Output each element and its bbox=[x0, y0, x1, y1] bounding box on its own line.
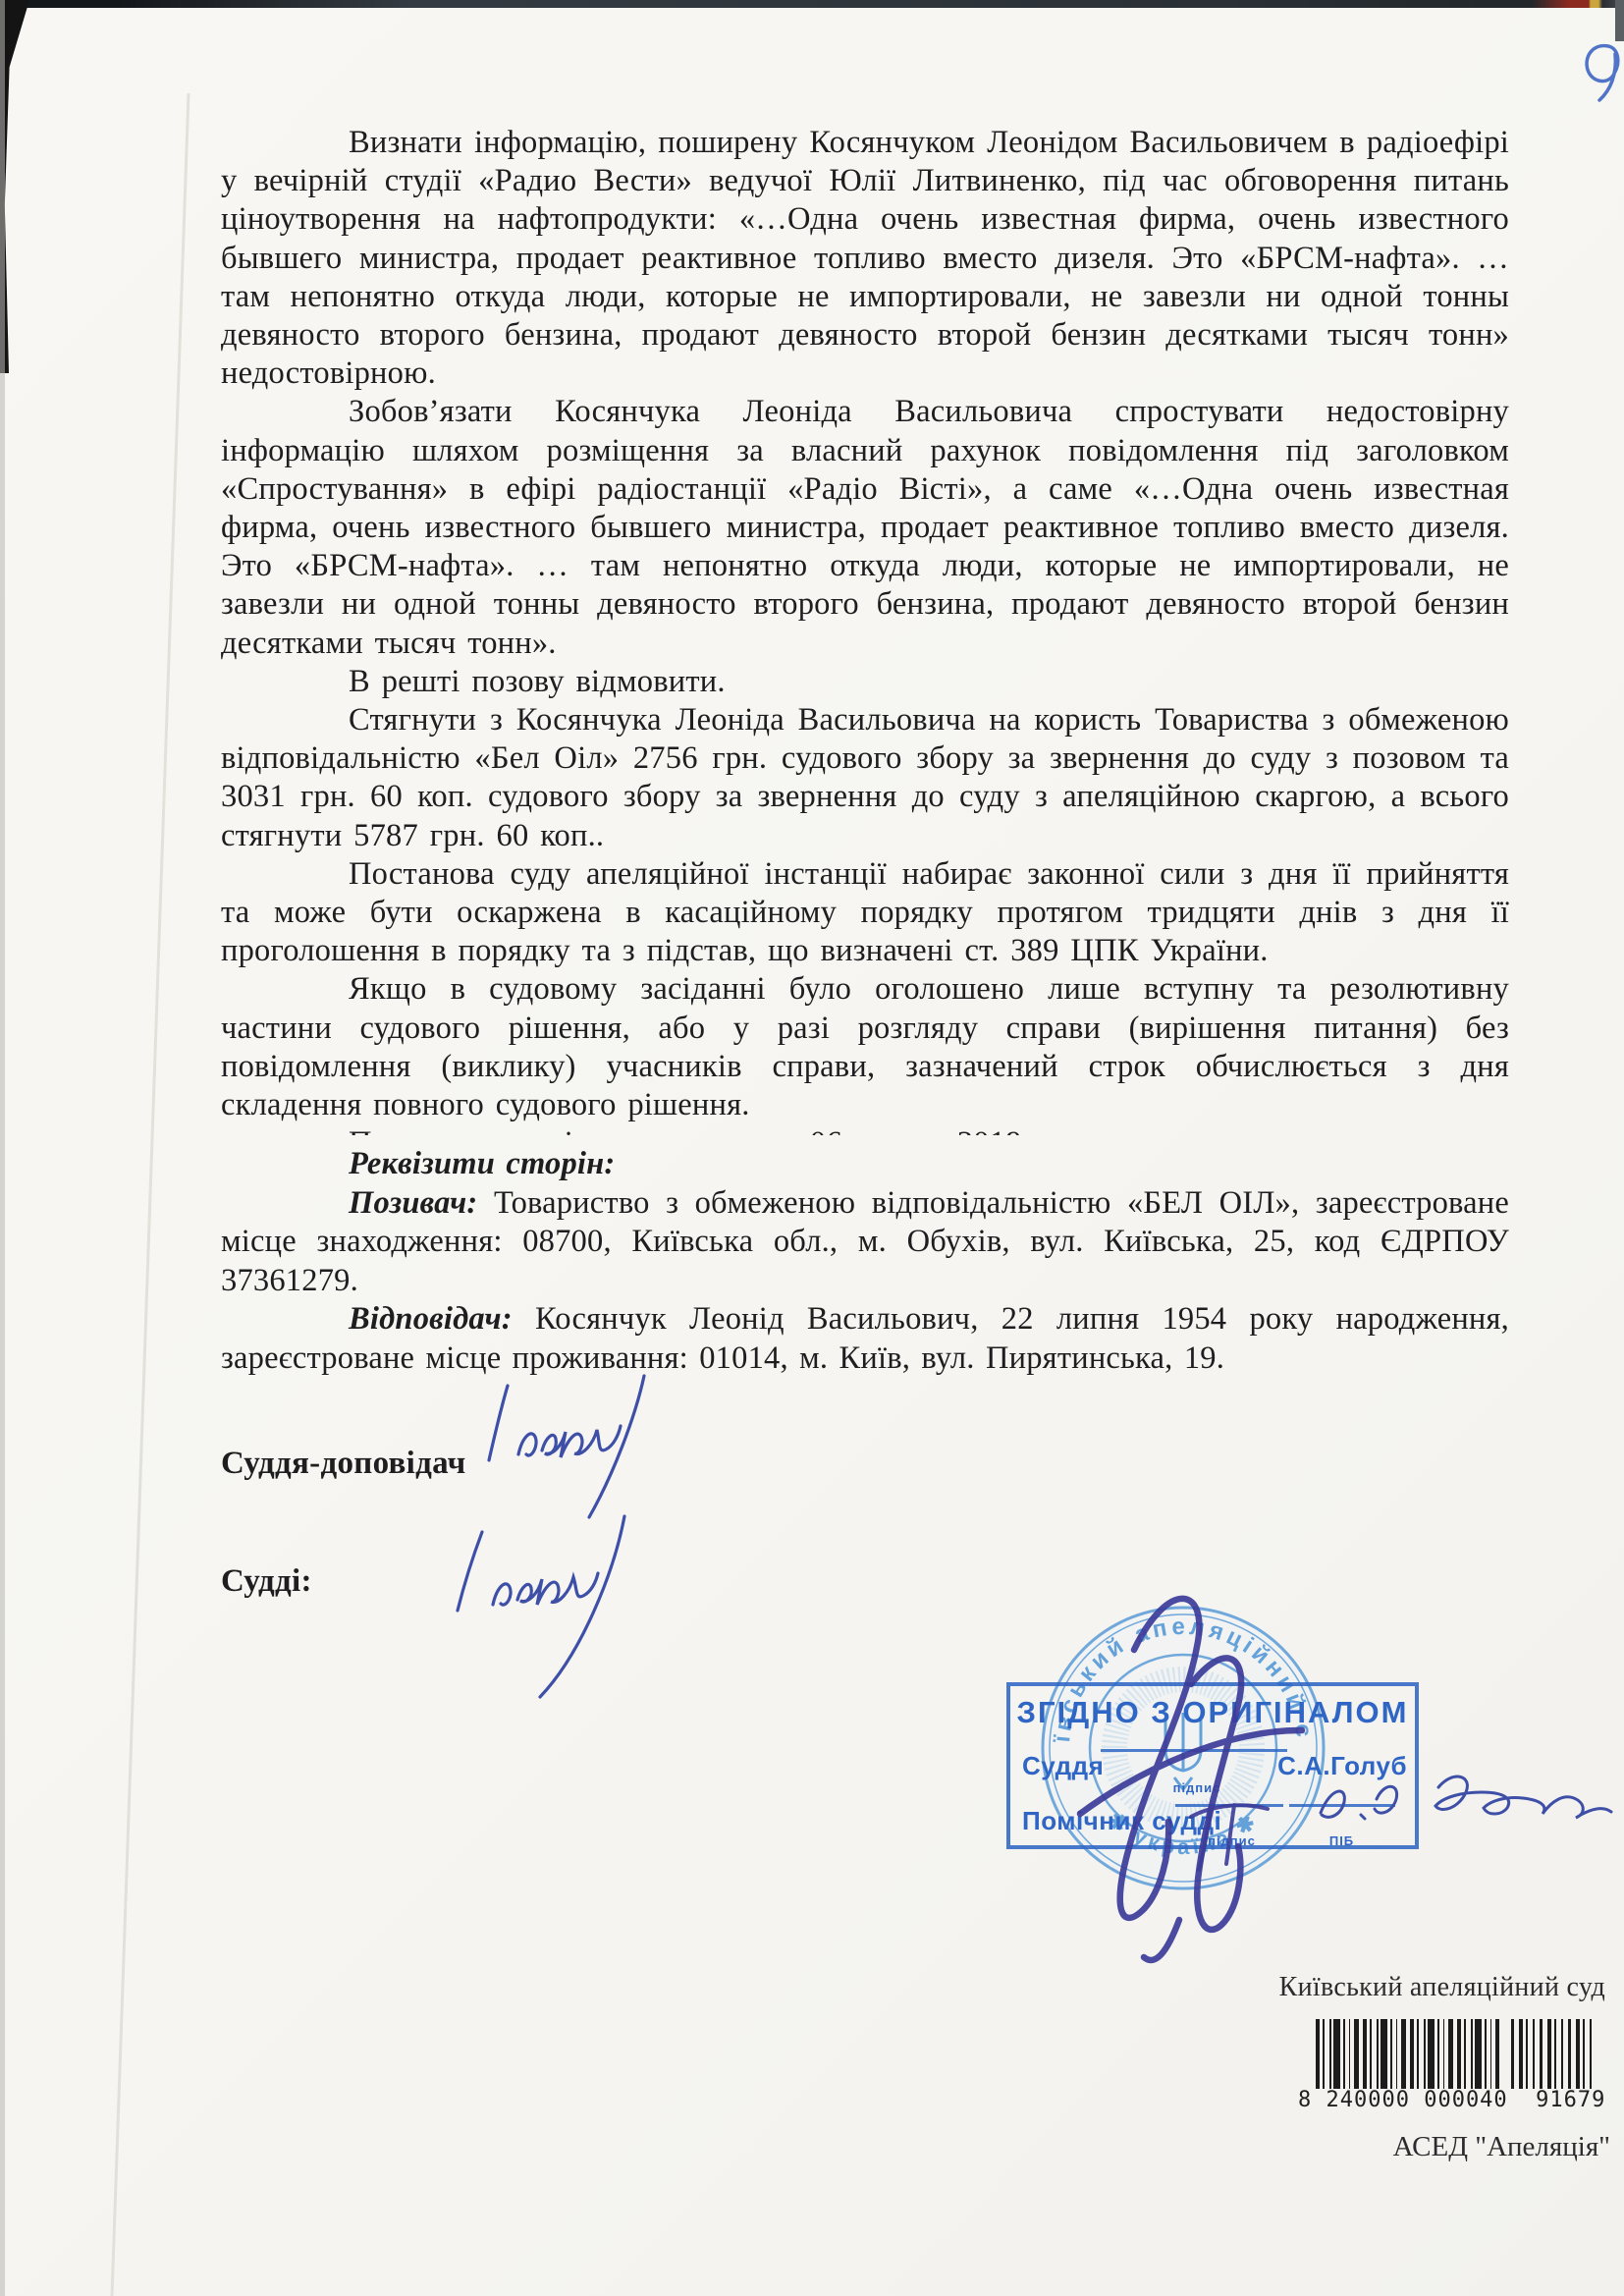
handwritten-page-number: 9 bbox=[1579, 37, 1624, 106]
judge-reporter-label: Суддя-доповідач bbox=[221, 1446, 466, 1482]
assistant-ink-signature bbox=[1173, 1789, 1281, 1878]
judges-label: Судді: bbox=[221, 1563, 312, 1600]
barcode-digits: 8 240000 000040 91679 bbox=[1298, 2088, 1604, 2112]
paragraph-entry-into-force: Постанова суду апеляційної інстанції наб… bbox=[221, 855, 1509, 971]
plaintiff-label: Позивач: bbox=[349, 1185, 477, 1221]
barcode-addon bbox=[1511, 2019, 1595, 2089]
footer-court-name: Київський апеляційний суд bbox=[1267, 1972, 1605, 2003]
defendant-label: Відповідач: bbox=[349, 1301, 513, 1337]
paragraph-term-calculation: Якщо в судовому засіданні було оголошено… bbox=[221, 970, 1509, 1124]
requisites-heading: Реквізити сторін: bbox=[221, 1145, 1509, 1184]
barcode bbox=[1316, 2019, 1499, 2089]
requisites-block: Реквізити сторін: Позивач: Товариство з … bbox=[221, 1145, 1509, 1378]
assistant-handwritten-name bbox=[1306, 1756, 1620, 1849]
judge-ink-signature bbox=[1060, 1566, 1316, 1979]
judges-signature bbox=[432, 1504, 663, 1701]
scan-edge-top-right bbox=[1615, 0, 1624, 41]
paragraph-recognize-info: Визнати інформацію, поширену Косянчуком … bbox=[221, 124, 1509, 393]
defendant-line: Відповідач: Косянчук Леонід Васильович, … bbox=[221, 1300, 1509, 1378]
plaintiff-line: Позивач: Товариство з обмеженою відповід… bbox=[221, 1184, 1509, 1301]
scan-edge-left-strip bbox=[0, 0, 5, 2296]
footer-system-name: АСЕД "Апеляція" bbox=[1384, 2131, 1610, 2163]
ruling-text-block: Визнати інформацію, поширену Косянчуком … bbox=[221, 124, 1509, 1135]
paragraph-rest-denied: В решті позову відмовити. bbox=[221, 663, 1509, 701]
scanned-court-document-page: { "page_number": "9", "document": { "par… bbox=[0, 0, 1624, 2296]
paragraph-court-fees: Стягнути з Косянчука Леоніда Васильовича… bbox=[221, 701, 1509, 855]
scan-edge-top bbox=[0, 0, 1624, 8]
paragraph-oblige-refute: Зобов’язати Косянчука Леоніда Васильович… bbox=[221, 393, 1509, 662]
paragraph-full-decision-date: Повне судове рішення складено 06 грудня … bbox=[221, 1124, 1509, 1135]
judge-reporter-signature bbox=[461, 1360, 673, 1527]
